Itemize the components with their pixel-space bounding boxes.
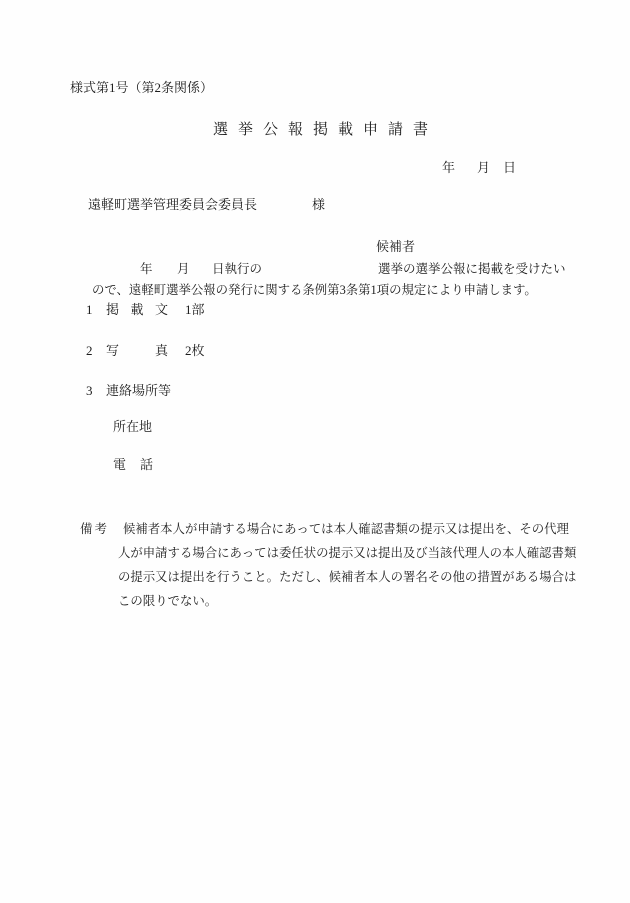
- item2-number: 2: [86, 344, 93, 359]
- date-day-label: 日: [503, 161, 516, 176]
- remarks-line-2: 人が申請する場合にあっては委任状の提示又は提出及び当該代理人の本人確認書類: [118, 546, 576, 560]
- date-year-label: 年: [442, 161, 455, 176]
- item3-label: 連絡場所等: [106, 384, 171, 399]
- form-number: 様式第1号（第2条関係）: [70, 81, 213, 96]
- date-month-label: 月: [477, 161, 490, 176]
- document-page: 様式第1号（第2条関係） 選挙公報掲載申請書 年 月 日 遠軽町選挙管理委員会委…: [0, 0, 630, 903]
- item1-label: 掲載文: [106, 303, 168, 318]
- addressee-honorific: 様: [312, 198, 325, 213]
- page-title: 選挙公報掲載申請書: [213, 122, 438, 139]
- remarks-line-4: この限りでない。: [118, 594, 217, 608]
- item2-value: 2枚: [185, 344, 205, 359]
- body-exec-year-label: 年: [140, 262, 153, 276]
- body-line2-text: ので、遠軽町選挙公報の発行に関する条例第3条第1項の規定により申請します。: [92, 283, 537, 297]
- addressee-name: 遠軽町選挙管理委員会委員長: [88, 198, 257, 213]
- remarks-label: 備考: [80, 522, 109, 536]
- item3-number: 3: [86, 384, 93, 399]
- body-exec-day-label: 日執行の: [212, 262, 262, 276]
- remarks-line-3: の提示又は提出を行うこと。ただし、候補者本人の署名その他の措置がある場合は: [118, 570, 576, 584]
- remarks-line-1: 候補者本人が申請する場合にあっては本人確認書類の提示又は提出を、その代理: [123, 522, 569, 536]
- item1-value: 1部: [185, 303, 205, 318]
- contact-address-label: 所在地: [113, 420, 152, 435]
- candidate-label: 候補者: [376, 240, 415, 255]
- body-line1-text: 選挙の選挙公報に掲載を受けたい: [378, 262, 566, 276]
- contact-phone-label: 電話: [113, 458, 153, 473]
- body-exec-month-label: 月: [177, 262, 190, 276]
- item2-label: 写真: [106, 344, 168, 359]
- item1-number: 1: [86, 303, 93, 318]
